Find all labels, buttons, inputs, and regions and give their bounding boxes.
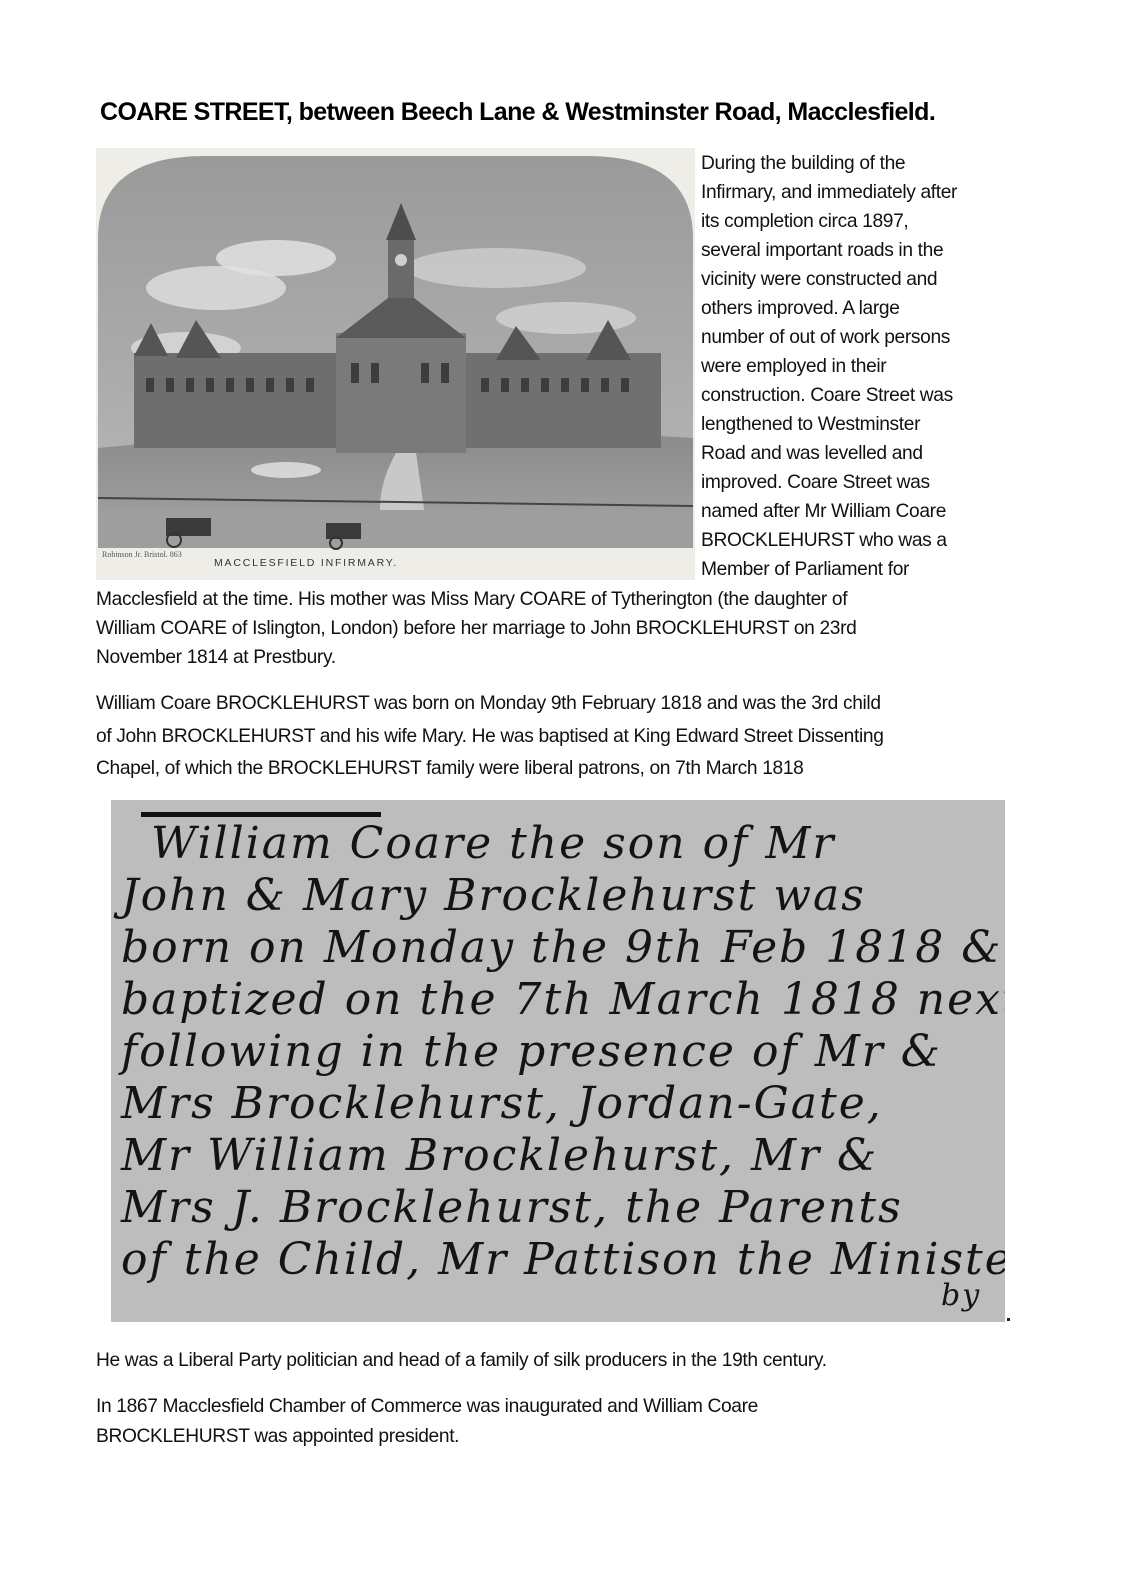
handwritten-line: John & Mary Brocklehurst was [121, 870, 866, 921]
text-line: several important roads in the [701, 236, 1031, 265]
infirmary-engraving-art [96, 148, 695, 580]
text-line: In 1867 Macclesfield Chamber of Commerce… [96, 1392, 1026, 1422]
text-line: others improved. A large [701, 294, 1031, 323]
text-line: number of out of work persons [701, 323, 1031, 352]
text-line: its completion circa 1897, [701, 207, 1031, 236]
text-line: construction. Coare Street was [701, 381, 1031, 410]
handwritten-line: Mrs J. Brocklehurst, the Parents [121, 1182, 903, 1233]
text-line: improved. Coare Street was [701, 468, 1031, 497]
text-line: During the building of the [701, 149, 1031, 178]
baptism-register-image: William Coare the son of Mr John & Mary … [111, 800, 1005, 1322]
handwritten-line: Mrs Brocklehurst, Jordan-Gate, [121, 1078, 883, 1129]
handwritten-line: baptized on the 7th March 1818 next [121, 974, 1005, 1025]
paragraph-3: He was a Liberal Party politician and he… [96, 1346, 1026, 1375]
paragraph-4: In 1867 Macclesfield Chamber of Commerce… [96, 1392, 1026, 1452]
text-line: Road and was levelled and [701, 439, 1031, 468]
paragraph-2: William Coare BROCKLEHURST was born on M… [96, 688, 1026, 786]
text-line: Infirmary, and immediately after [701, 178, 1031, 207]
text-line: lengthened to Westminster [701, 410, 1031, 439]
page-title: COARE STREET, between Beech Lane & Westm… [100, 98, 1020, 127]
handwritten-line: William Coare the son of Mr [151, 818, 835, 869]
handwritten-line: following in the presence of Mr & [121, 1026, 942, 1077]
engraving-caption: MACCLESFIELD INFIRMARY. [96, 557, 516, 569]
paragraph-1-continued: Macclesfield at the time. His mother was… [96, 585, 1026, 672]
text-line: BROCKLEHURST was appointed president. [96, 1422, 1026, 1452]
handwritten-line: born on Monday the 9th Feb 1818 & [121, 922, 1002, 973]
infirmary-engraving-image: Robinson Jr. Bristol. 863 MACCLESFIELD I… [96, 148, 695, 580]
text-line: Chapel, of which the BROCKLEHURST family… [96, 753, 1026, 786]
text-line: of John BROCKLEHURST and his wife Mary. … [96, 721, 1026, 754]
text-line: Member of Parliament for [701, 555, 1031, 584]
text-line: Macclesfield at the time. His mother was… [96, 585, 1026, 614]
text-line: November 1814 at Prestbury. [96, 643, 1026, 672]
paragraph-1-wrapped: During the building of the Infirmary, an… [701, 149, 1031, 584]
trailing-period [1007, 1318, 1010, 1321]
handwritten-line: of the Child, Mr Pattison the Minister [121, 1234, 1005, 1285]
text-line: named after Mr William Coare [701, 497, 1031, 526]
handwritten-line: by [941, 1278, 981, 1313]
text-line: William Coare BROCKLEHURST was born on M… [96, 688, 1026, 721]
register-rule-line [141, 812, 381, 817]
text-line: vicinity were constructed and [701, 265, 1031, 294]
text-line: William COARE of Islington, London) befo… [96, 614, 1026, 643]
text-line: BROCKLEHURST who was a [701, 526, 1031, 555]
handwritten-line: Mr William Brocklehurst, Mr & [121, 1130, 878, 1181]
text-line: were employed in their [701, 352, 1031, 381]
